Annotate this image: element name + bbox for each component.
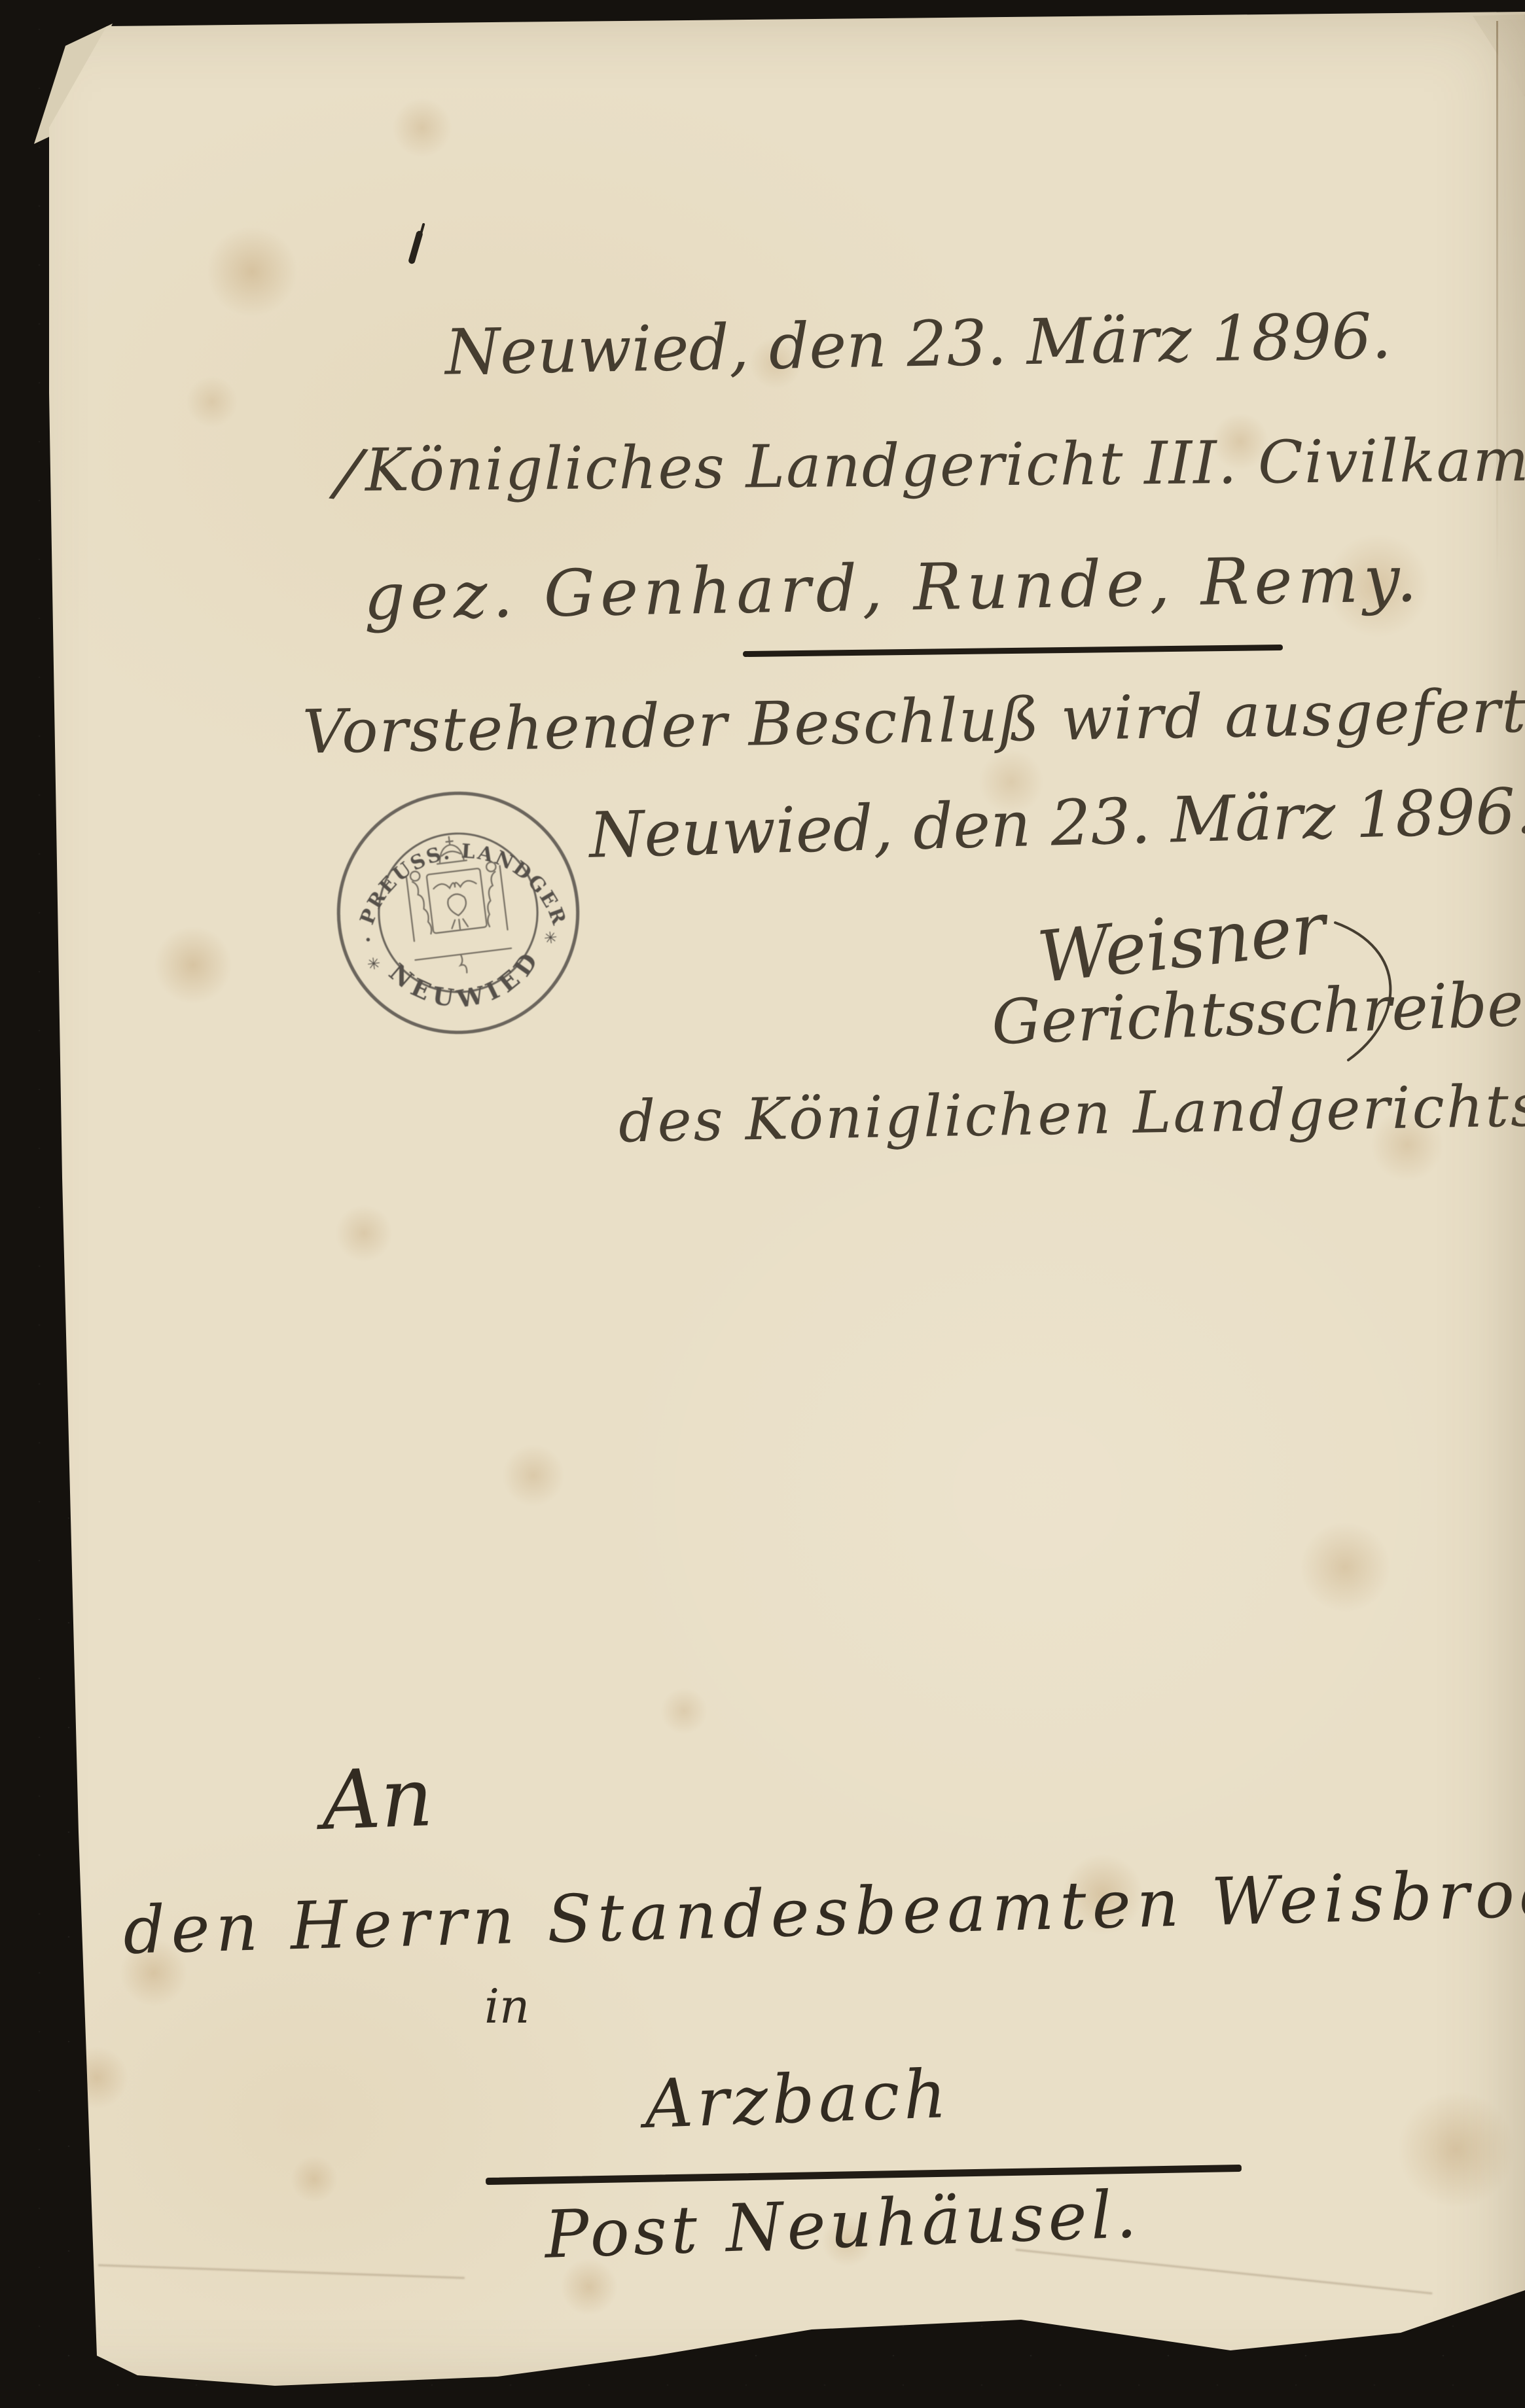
stain-spot — [65, 2046, 128, 2109]
seal-star-right: ✳ — [543, 928, 558, 948]
address-recipient: den Herrn Standesbeamten Weisbrod — [122, 1860, 1525, 1964]
court-line: Königliches Landgericht III. Civilkammer — [365, 430, 1525, 500]
paper-sheet: Neuwied, den 23. März 1896. / Königliche… — [0, 0, 1525, 2408]
signatories-line: gez. Genhard, Runde, Remy. — [363, 547, 1422, 629]
fold-edge-line — [1496, 21, 1498, 584]
ink-blot — [408, 230, 423, 265]
stain-spot — [392, 97, 452, 158]
certification-line: Vorstehender Beschluß wird ausgefertigt — [302, 680, 1525, 763]
address-place: Arzbach — [643, 2061, 951, 2138]
stain-spot — [1397, 2091, 1515, 2208]
clerk-title: Gerichtsschreiber — [991, 973, 1525, 1054]
stain-spot — [186, 376, 238, 428]
stain-spot — [206, 226, 298, 317]
second-sheet-edge — [1498, 20, 1525, 595]
stain-spot — [1299, 1521, 1391, 1613]
stain-spot — [335, 1205, 393, 1262]
paper-crease — [98, 2264, 465, 2279]
stain-spot — [154, 926, 232, 1004]
address-postal: Post Neuhäusel. — [544, 2182, 1141, 2268]
section-divider — [743, 645, 1283, 657]
stain-spot — [660, 1688, 708, 1735]
clerk-title-2: des Königlichen Landgerichts. — [618, 1076, 1525, 1150]
stain-spot — [291, 2155, 338, 2203]
dateline-1: Neuwied, den 23. März 1896. — [444, 304, 1391, 383]
docket-mark: / — [333, 438, 364, 506]
paper-crease — [1016, 2249, 1433, 2295]
address-salutation: An — [321, 1757, 435, 1842]
address-preposition: in — [484, 1983, 529, 2030]
stain-spot — [502, 1444, 565, 1507]
dateline-2: Neuwied, den 23. März 1896. — [588, 779, 1525, 867]
court-seal-stamp: KOEN. PREUSS. LANDGERICHT NEUWIED ✳ ✳ — [316, 771, 601, 1055]
scanned-document: Neuwied, den 23. März 1896. / Königliche… — [0, 0, 1525, 2408]
seal-star-left: ✳ — [366, 953, 382, 974]
